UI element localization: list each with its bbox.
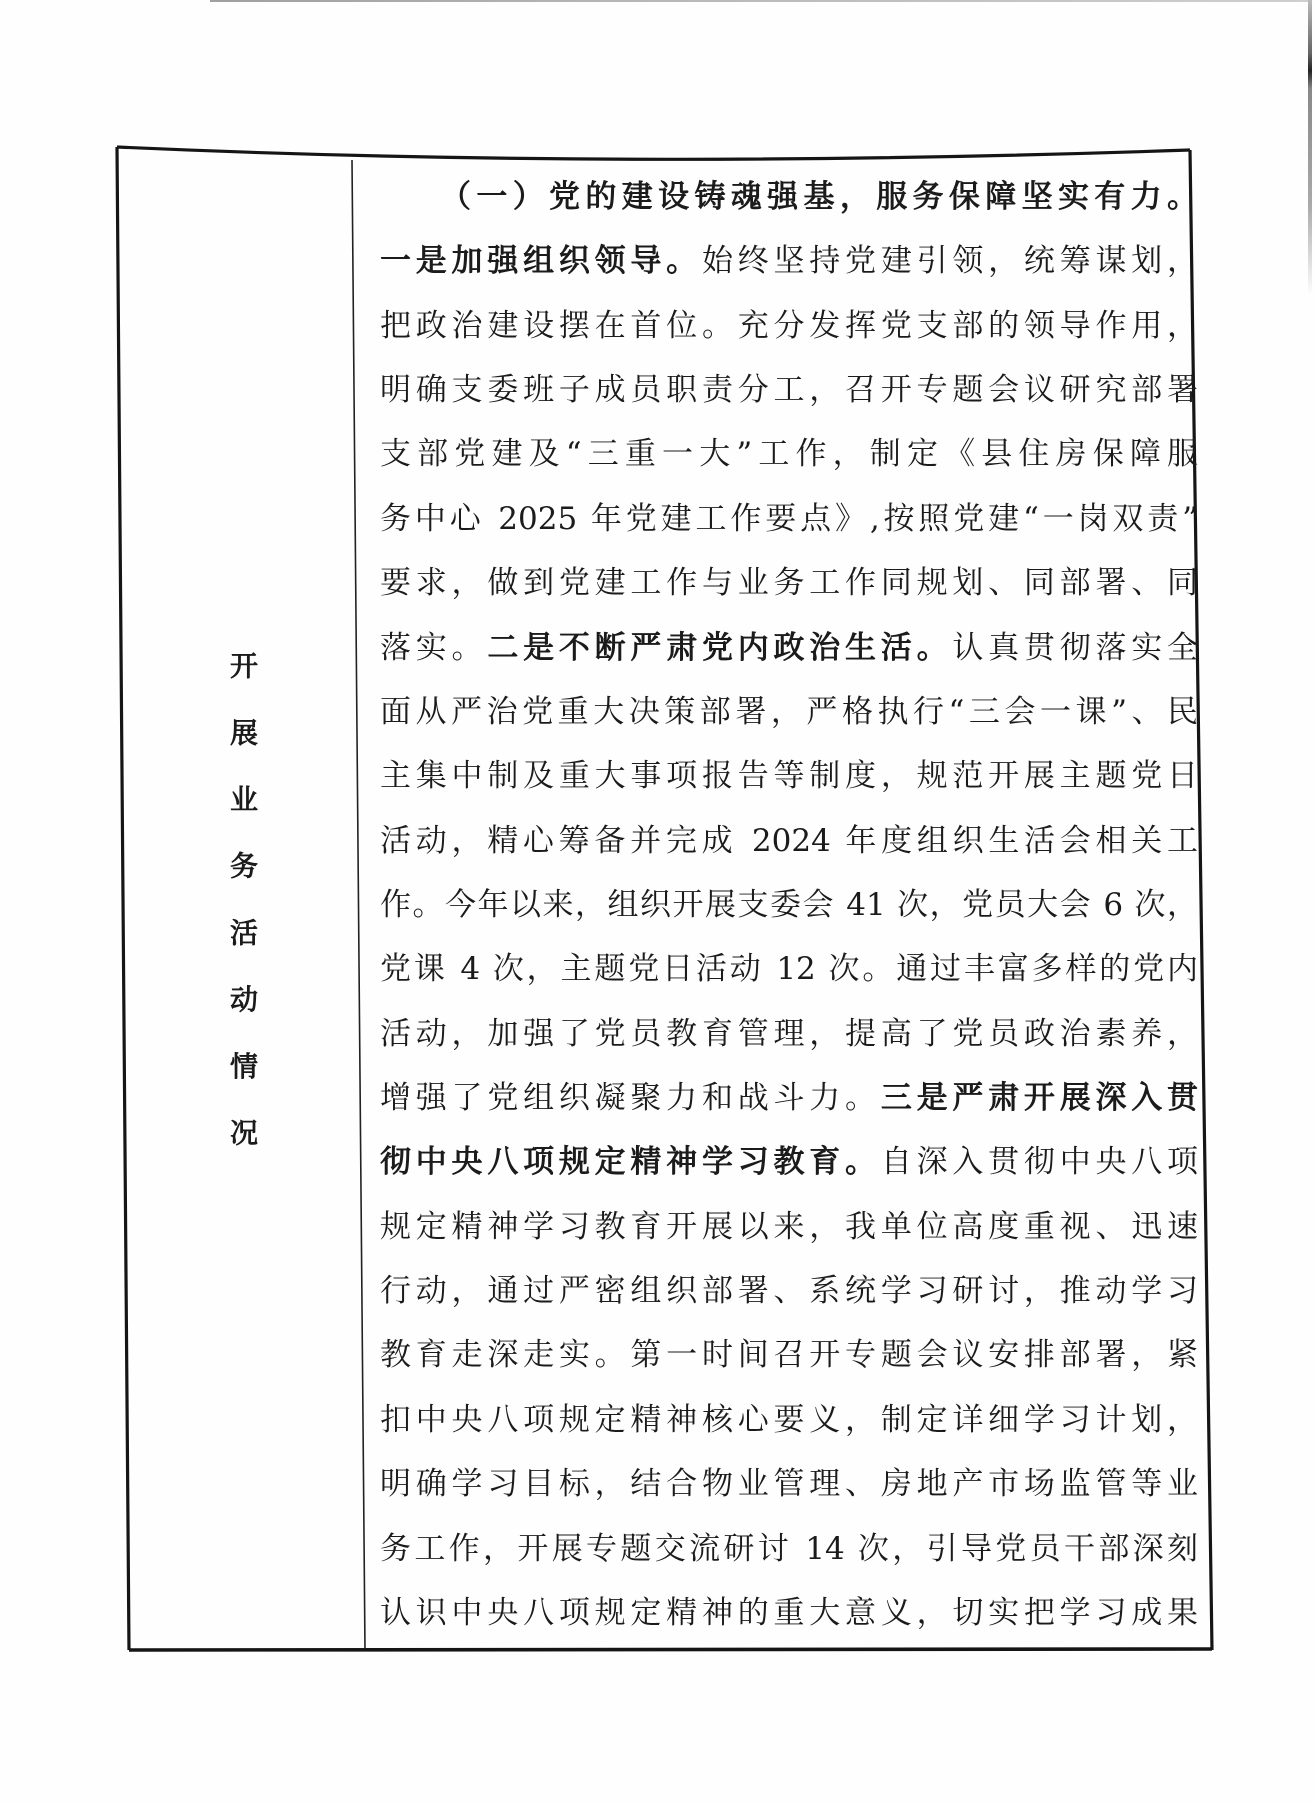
text-line: 行动，通过严密组织部署、系统学习研讨，推动学习 xyxy=(380,1259,1198,1323)
point-two-title: 二是不断严肃党内政治生活。 xyxy=(487,630,952,666)
text-line: 落实。二是不断严肃党内政治生活。认真贯彻落实全 xyxy=(380,616,1198,680)
heading-text: （一）党的建设铸魂强基，服务保障坚实有力。 xyxy=(440,179,1198,215)
text-run: 增强了党组织凝聚力和战斗力。 xyxy=(380,1080,881,1116)
text-line: 支部党建及“三重一大”工作，制定《县住房保障服 xyxy=(380,422,1198,486)
text-run: 主集中制及重大事项报告等制度，规范开展主题党日 xyxy=(380,758,1198,794)
text-line: 教育走深走实。第一时间召开专题会议安排部署，紧 xyxy=(380,1323,1198,1387)
text-run: 务工作，开展专题交流研讨 14 次，引导党员干部深刻 xyxy=(380,1531,1198,1567)
text-run: 行动，通过严密组织部署、系统学习研讨，推动学习 xyxy=(380,1273,1198,1309)
table-column-divider xyxy=(352,160,365,1650)
text-line: 务中心 2025 年党建工作要点》,按照党建“一岗双责” xyxy=(380,487,1198,551)
text-run: 明确学习目标，结合物业管理、房地产市场监管等业 xyxy=(380,1466,1198,1502)
text-run: 始终坚持党建引领，统筹谋划， xyxy=(702,243,1198,279)
text-run: 认识中央八项规定精神的重大意义，切实把学习成果 xyxy=(380,1595,1198,1631)
text-line: 务工作，开展专题交流研讨 14 次，引导党员干部深刻 xyxy=(380,1517,1198,1581)
text-line: 党课 4 次，主题党日活动 12 次。通过丰富多样的党内 xyxy=(380,937,1198,1001)
table-bottom-border xyxy=(129,1649,1212,1650)
text-line: 彻中央八项规定精神学习教育。自深入贯彻中央八项 xyxy=(380,1130,1198,1194)
scanned-document-page: 开展业务活动情况 （一）党的建设铸魂强基，服务保障坚实有力。 一是加强组织领导。… xyxy=(0,0,1314,1802)
text-line: 主集中制及重大事项报告等制度，规范开展主题党日 xyxy=(380,744,1198,808)
text-run: 自深入贯彻中央八项 xyxy=(881,1144,1198,1180)
text-run: 认真贯彻落实全 xyxy=(952,630,1198,666)
text-run: 规定精神学习教育开展以来，我单位高度重视、迅速 xyxy=(380,1209,1198,1245)
table-left-border xyxy=(117,147,129,1650)
text-run: 明确支委班子成员职责分工，召开专题会议研究部署 xyxy=(380,372,1198,408)
table-top-border xyxy=(117,147,1190,159)
text-run: 扣中央八项规定精神核心要义，制定详细学习计划， xyxy=(380,1402,1198,1438)
text-line: 增强了党组织凝聚力和战斗力。三是严肃开展深入贯 xyxy=(380,1066,1198,1130)
text-line: 作。今年以来，组织开展支委会 41 次，党员大会 6 次， xyxy=(380,873,1198,937)
text-run: 作。今年以来，组织开展支委会 41 次，党员大会 6 次， xyxy=(380,887,1198,923)
row-label-business-activities: 开展业务活动情况 xyxy=(228,651,256,1185)
text-line: 规定精神学习教育开展以来，我单位高度重视、迅速 xyxy=(380,1195,1198,1259)
text-line: 活动，加强了党员教育管理，提高了党员政治素养， xyxy=(380,1002,1198,1066)
text-run: 活动，加强了党员教育管理，提高了党员政治素养， xyxy=(380,1016,1198,1052)
text-run: 落实。 xyxy=(380,630,487,666)
point-one-title: 一是加强组织领导。 xyxy=(380,243,702,279)
text-line: 一是加强组织领导。始终坚持党建引领，统筹谋划， xyxy=(380,229,1198,293)
text-line: 把政治建设摆在首位。充分发挥党支部的领导作用， xyxy=(380,294,1198,358)
text-run: 要求，做到党建工作与业务工作同规划、同部署、同 xyxy=(380,565,1198,601)
text-run: 面从严治党重大决策部署，严格执行“三会一课”、民 xyxy=(380,694,1198,730)
text-run: 活动，精心筹备并完成 2024 年度组织生活会相关工 xyxy=(380,823,1198,859)
text-run: 务中心 2025 年党建工作要点》,按照党建“一岗双责” xyxy=(380,501,1198,537)
point-three-title: 三是严肃开展深入贯 xyxy=(881,1080,1198,1116)
point-three-title-cont: 彻中央八项规定精神学习教育。 xyxy=(380,1144,881,1180)
activity-description-cell: （一）党的建设铸魂强基，服务保障坚实有力。 一是加强组织领导。始终坚持党建引领，… xyxy=(380,165,1198,1645)
text-line: 要求，做到党建工作与业务工作同规划、同部署、同 xyxy=(380,551,1198,615)
text-line: 明确学习目标，结合物业管理、房地产市场监管等业 xyxy=(380,1452,1198,1516)
text-line: 活动，精心筹备并完成 2024 年度组织生活会相关工 xyxy=(380,809,1198,873)
text-line: 扣中央八项规定精神核心要义，制定详细学习计划， xyxy=(380,1388,1198,1452)
text-line: 明确支委班子成员职责分工，召开专题会议研究部署 xyxy=(380,358,1198,422)
text-run: 把政治建设摆在首位。充分发挥党支部的领导作用， xyxy=(380,308,1198,344)
section-heading: （一）党的建设铸魂强基，服务保障坚实有力。 xyxy=(380,165,1198,229)
text-line: 认识中央八项规定精神的重大意义，切实把学习成果 xyxy=(380,1581,1198,1645)
text-run: 支部党建及“三重一大”工作，制定《县住房保障服 xyxy=(380,436,1198,472)
text-run: 教育走深走实。第一时间召开专题会议安排部署，紧 xyxy=(380,1337,1198,1373)
text-run: 党课 4 次，主题党日活动 12 次。通过丰富多样的党内 xyxy=(380,951,1198,987)
text-line: 面从严治党重大决策部署，严格执行“三会一课”、民 xyxy=(380,680,1198,744)
